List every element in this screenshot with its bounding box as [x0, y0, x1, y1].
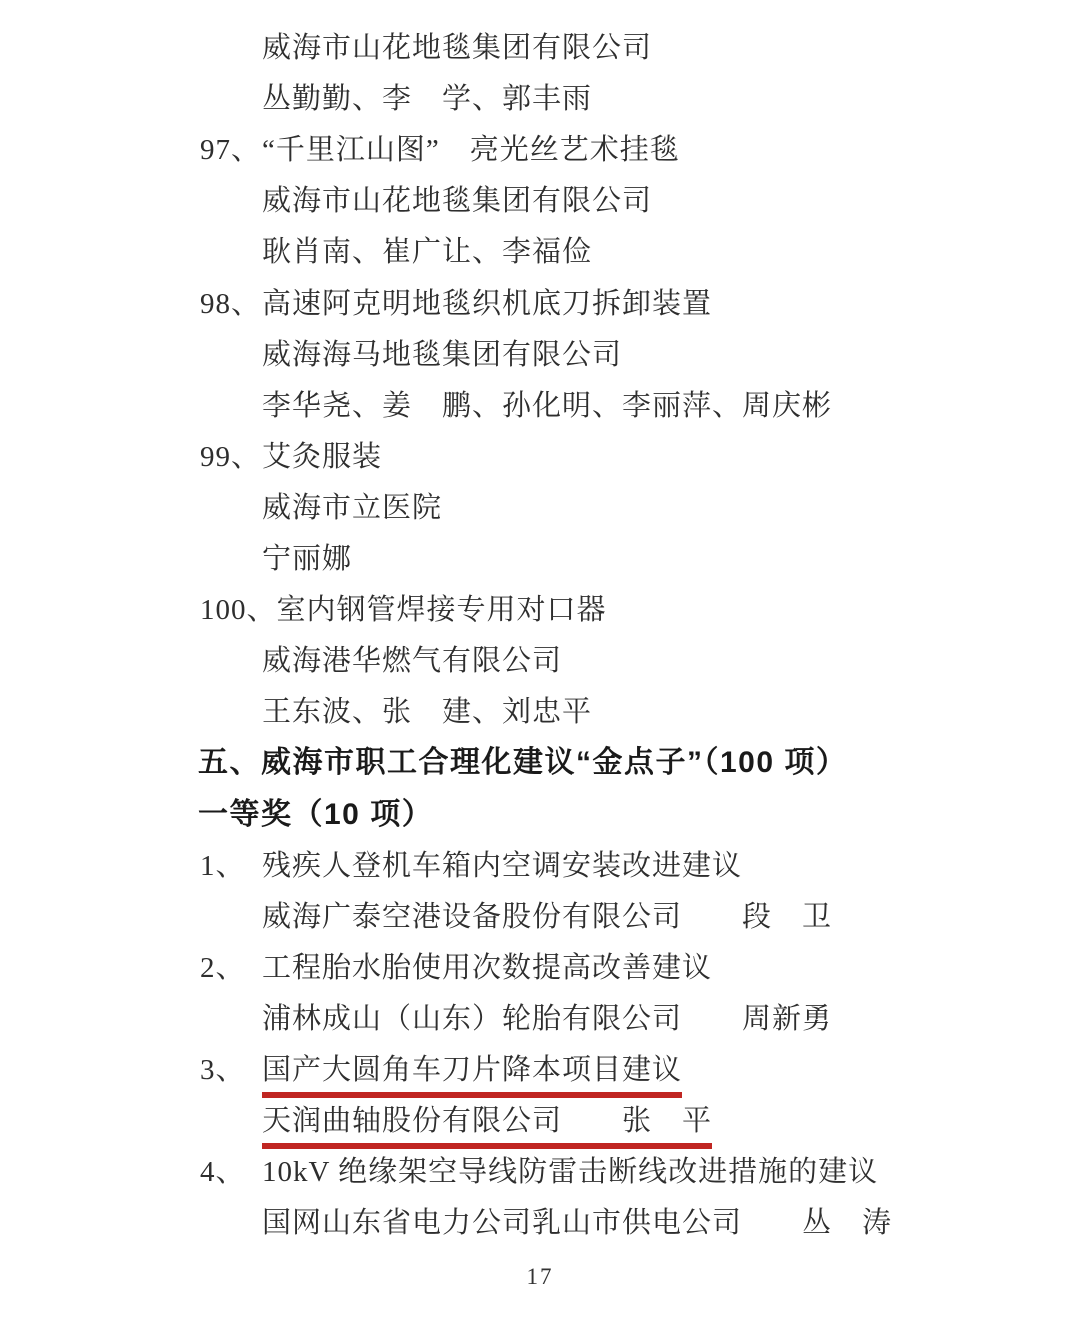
red-underlined-text: 国产大圆角车刀片降本项目建议 [262, 1055, 682, 1098]
red-underlined-text: 天润曲轴股份有限公司 张 平 [262, 1106, 712, 1149]
line-text: 一等奖（10 项） [198, 798, 433, 831]
item-number: 4、 [200, 1154, 262, 1190]
line-text: 威海广泰空港设备股份有限公司 段 卫 [262, 901, 832, 933]
item-number: 1、 [200, 848, 262, 884]
line-text: 高速阿克明地毯织机底刀拆卸装置 [262, 288, 712, 320]
line-text: 室内钢管焊接专用对口器 [277, 594, 607, 626]
line-text: 威海市山花地毯集团有限公司 [262, 32, 652, 64]
line-text: 威海港华燃气有限公司 [262, 645, 562, 677]
line-text: 10kV 绝缘架空导线防雷击断线改进措施的建议 [262, 1156, 878, 1188]
line-text: 威海海马地毯集团有限公司 [262, 339, 622, 371]
section-heading: 五、威海市职工合理化建议“金点子”（100 项） [0, 745, 1080, 781]
detail-line: 丛勤勤、李 学、郭丰雨 [0, 81, 1080, 117]
item-number: 100、 [200, 592, 277, 628]
award-item-line: 99、艾灸服装 [0, 439, 1080, 475]
detail-line: 威海海马地毯集团有限公司 [0, 337, 1080, 373]
line-text: 耿肖南、崔广让、李福俭 [262, 236, 592, 268]
document-page: 威海市山花地毯集团有限公司丛勤勤、李 学、郭丰雨97、“千里江山图” 亮光丝艺术… [0, 0, 1080, 1317]
line-text: 国网山东省电力公司乳山市供电公司 丛 涛 [262, 1207, 892, 1239]
detail-line: 威海市立医院 [0, 490, 1080, 526]
line-text: 工程胎水胎使用次数提高改善建议 [262, 952, 712, 984]
award-item-line: 100、室内钢管焊接专用对口器 [0, 592, 1080, 628]
detail-line: 耿肖南、崔广让、李福俭 [0, 234, 1080, 270]
detail-line: 国网山东省电力公司乳山市供电公司 丛 涛 [0, 1205, 1080, 1241]
line-text: 浦林成山（山东）轮胎有限公司 周新勇 [262, 1003, 832, 1035]
award-item-line: 1、残疾人登机车箱内空调安装改进建议 [0, 848, 1080, 884]
detail-line: 王东波、张 建、刘忠平 [0, 694, 1080, 730]
award-item-line: 3、国产大圆角车刀片降本项目建议 [0, 1052, 1080, 1098]
detail-line: 威海港华燃气有限公司 [0, 643, 1080, 679]
award-item-line: 4、10kV 绝缘架空导线防雷击断线改进措施的建议 [0, 1154, 1080, 1190]
line-text: 丛勤勤、李 学、郭丰雨 [262, 83, 592, 115]
award-item-line: 2、工程胎水胎使用次数提高改善建议 [0, 950, 1080, 986]
detail-line: 浦林成山（山东）轮胎有限公司 周新勇 [0, 1001, 1080, 1037]
item-number: 97、 [200, 132, 262, 168]
detail-line: 威海广泰空港设备股份有限公司 段 卫 [0, 899, 1080, 935]
line-text: 威海市立医院 [262, 492, 442, 524]
subsection-heading: 一等奖（10 项） [0, 797, 1080, 833]
item-number: 99、 [200, 439, 262, 475]
detail-line: 李华尧、姜 鹏、孙化明、李丽萍、周庆彬 [0, 388, 1080, 424]
line-text: 艾灸服装 [262, 441, 382, 473]
detail-line: 天润曲轴股份有限公司 张 平 [0, 1103, 1080, 1149]
detail-line: 威海市山花地毯集团有限公司 [0, 183, 1080, 219]
item-number: 3、 [200, 1052, 262, 1088]
line-text: 威海市山花地毯集团有限公司 [262, 185, 652, 217]
page-number: 17 [0, 1264, 1080, 1290]
line-text: 残疾人登机车箱内空调安装改进建议 [262, 850, 742, 882]
line-text: 宁丽娜 [262, 543, 352, 575]
award-item-line: 98、高速阿克明地毯织机底刀拆卸装置 [0, 286, 1080, 322]
detail-line: 宁丽娜 [0, 541, 1080, 577]
detail-line: 威海市山花地毯集团有限公司 [0, 30, 1080, 66]
line-text: “千里江山图” 亮光丝艺术挂毯 [262, 134, 680, 166]
item-number: 2、 [200, 950, 262, 986]
line-text: 五、威海市职工合理化建议“金点子”（100 项） [198, 746, 847, 779]
line-text: 李华尧、姜 鹏、孙化明、李丽萍、周庆彬 [262, 390, 832, 422]
item-number: 98、 [200, 286, 262, 322]
line-text: 王东波、张 建、刘忠平 [262, 696, 592, 728]
award-item-line: 97、“千里江山图” 亮光丝艺术挂毯 [0, 132, 1080, 168]
